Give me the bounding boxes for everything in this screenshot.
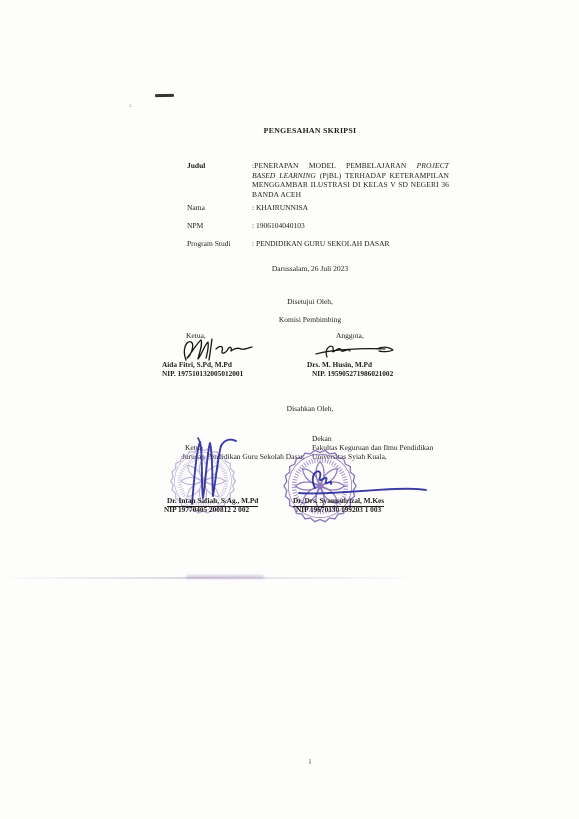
field-value-npm: : 1906104040103 <box>252 221 305 231</box>
field-label-program-studi: Program Studi <box>187 239 231 249</box>
field-label-judul: Judul <box>187 161 205 171</box>
page-number: i <box>150 757 470 767</box>
field-value-judul: :PENERAPAN MODEL PEMBELAJARAN PROJECT BA… <box>252 161 449 200</box>
department-head-nip: NIP 19770405 200812 2 002 <box>164 505 249 515</box>
scan-artifact-dash <box>155 94 174 97</box>
dean-signature-icon <box>295 466 435 500</box>
member-nip: NIP. 195905271986021002 <box>312 369 393 379</box>
document-title: PENGESAHAN SKRIPSI <box>150 126 470 136</box>
field-value-program-studi: : PENDIDIKAN GURU SEKOLAH DASAR <box>252 239 390 249</box>
approval-heading: Disetujui Oleh, <box>150 297 470 307</box>
scan-fold-smudge <box>186 575 264 579</box>
field-value-nama: : KHAIRUNNISA <box>252 203 308 213</box>
dateline: Darussalam, 26 Juli 2023 <box>150 264 470 274</box>
dean-nip: NIP 19670130 199203 1 003 <box>296 505 381 515</box>
member-role-label: Anggota, <box>336 331 364 341</box>
chair-nip: NIP. 197510132005012001 <box>162 369 243 379</box>
ratification-heading: Disahkan Oleh, <box>150 404 470 414</box>
field-label-npm: NPM <box>187 221 203 231</box>
scan-artifact-speck: ²- <box>129 103 131 113</box>
approval-subheading: Komisi Pembimbing <box>150 315 470 325</box>
member-signature-icon <box>313 342 403 362</box>
field-label-nama: Nama <box>187 203 205 213</box>
judul-text-normal: :PENERAPAN MODEL PEMBELAJARAN <box>252 161 417 170</box>
chair-signature-icon <box>178 336 263 363</box>
